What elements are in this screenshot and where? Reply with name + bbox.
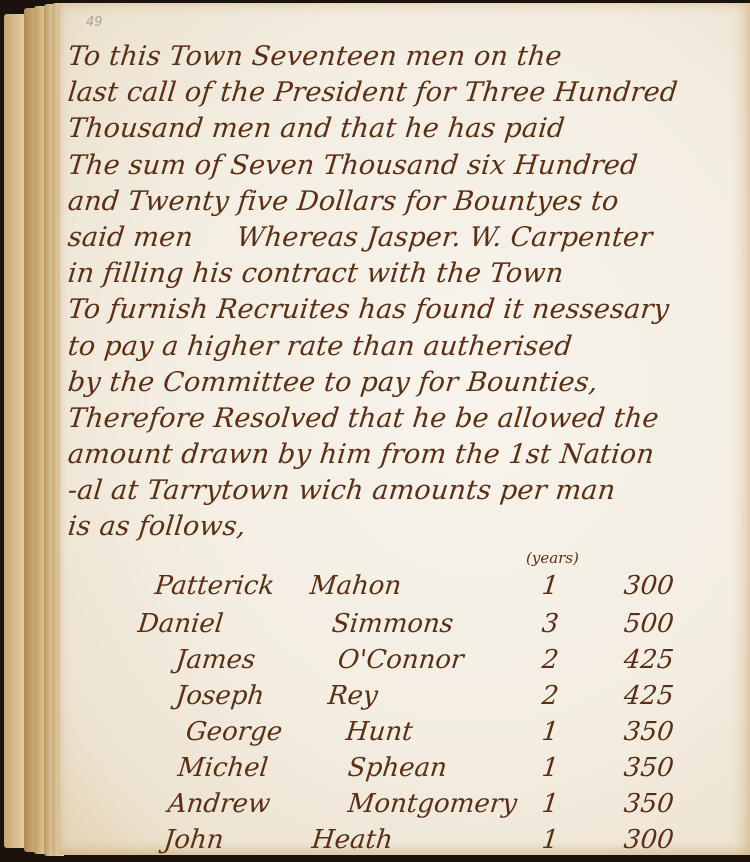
amount: 500 xyxy=(622,609,675,639)
ledger-book: 49 To this Town Seventeen men on the las… xyxy=(0,0,750,862)
first-name: Michel xyxy=(176,753,269,783)
years: 1 xyxy=(540,753,560,783)
table-row: Joseph Rey 2 425 xyxy=(60,681,750,717)
table-row: James O'Connor 2 425 xyxy=(60,645,750,681)
first-name: George xyxy=(184,717,283,747)
years: 1 xyxy=(540,571,560,601)
amount: 350 xyxy=(622,789,675,819)
last-name: Hunt xyxy=(344,717,414,747)
table-row: Daniel Simmons 3 500 xyxy=(60,609,750,645)
amount: 425 xyxy=(622,681,675,711)
text-line: said men Whereas Jasper. W. Carpenter xyxy=(66,220,750,256)
first-name: Patterick xyxy=(153,571,275,601)
text-line: in filling his contract with the Town xyxy=(66,256,750,292)
first-name: Andrew xyxy=(166,789,271,819)
first-name: Daniel xyxy=(136,609,224,639)
table-row: Michel Sphean 1 350 xyxy=(60,753,750,789)
years: 3 xyxy=(540,609,560,639)
years: 2 xyxy=(540,645,560,675)
page-number: 49 xyxy=(86,15,103,30)
last-name: Simmons xyxy=(330,609,454,639)
text-line: is as follows, xyxy=(66,509,750,545)
text-line: To furnish Recruites has found it nesses… xyxy=(66,292,750,328)
last-name: O'Connor xyxy=(336,645,465,675)
years: 2 xyxy=(540,681,560,711)
last-name: Montgomery xyxy=(346,789,518,819)
table-row: George Hunt 1 350 xyxy=(60,717,750,753)
resolution-text: To this Town Seventeen men on the last c… xyxy=(66,39,750,546)
amount: 350 xyxy=(622,753,675,783)
amount: 300 xyxy=(622,571,675,601)
last-name: Sphean xyxy=(346,753,448,783)
text-line: To this Town Seventeen men on the xyxy=(66,39,750,75)
last-name: Heath xyxy=(310,825,394,855)
table-row: Andrew Montgomery 1 350 xyxy=(60,789,750,825)
text-line: Thousand men and that he has paid xyxy=(66,111,750,147)
years: 1 xyxy=(540,825,560,855)
years-column-header: (years) xyxy=(526,549,579,567)
years: 1 xyxy=(540,789,560,819)
first-name: Joseph xyxy=(174,681,265,711)
table-row: John Heath 1 300 xyxy=(60,825,750,855)
ledger-page: 49 To this Town Seventeen men on the las… xyxy=(58,3,750,855)
text-line: amount drawn by him from the 1st Nation xyxy=(66,437,750,473)
first-name: John xyxy=(162,825,225,855)
text-line: The sum of Seven Thousand six Hundred xyxy=(66,148,750,184)
amount: 425 xyxy=(622,645,675,675)
text-line: by the Committee to pay for Bounties, xyxy=(66,365,750,401)
last-name: Mahon xyxy=(308,571,402,601)
amount: 350 xyxy=(622,717,675,747)
text-line: last call of the President for Three Hun… xyxy=(66,75,750,111)
first-name: James xyxy=(174,645,256,675)
last-name: Rey xyxy=(326,681,379,711)
table-row: Patterick Mahon 1 300 xyxy=(60,571,750,607)
years: 1 xyxy=(540,717,560,747)
amount: 300 xyxy=(622,825,675,855)
text-line: and Twenty five Dollars for Bountyes to xyxy=(66,184,750,220)
text-line: to pay a higher rate than autherised xyxy=(66,329,750,365)
text-line: Therefore Resolved that he be allowed th… xyxy=(66,401,750,437)
text-line: -al at Tarrytown wich amounts per man xyxy=(66,473,750,509)
